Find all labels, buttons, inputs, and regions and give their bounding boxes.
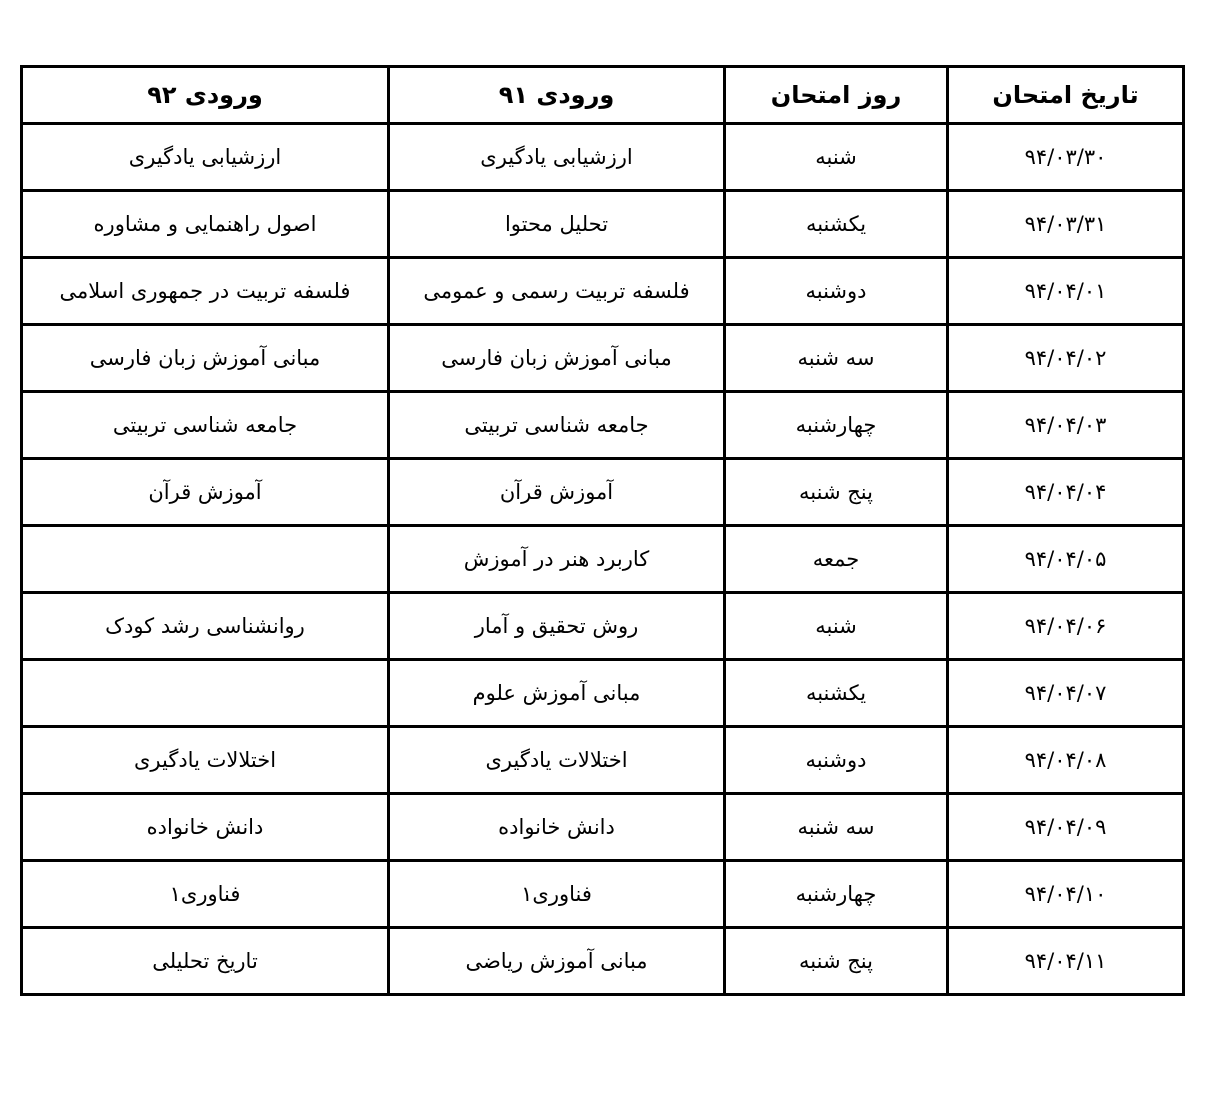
table-row: ۹۴/۰۴/۰۱ دوشنبه فلسفه تربیت رسمی و عمومی…	[22, 258, 1184, 325]
cell-entry-91: مبانی آموزش ریاضی	[389, 928, 725, 995]
cell-date: ۹۴/۰۴/۰۶	[948, 593, 1184, 660]
header-exam-day: روز امتحان	[725, 67, 948, 124]
cell-date: ۹۴/۰۴/۰۷	[948, 660, 1184, 727]
cell-entry-92: جامعه شناسی تربیتی	[22, 392, 389, 459]
table-row: ۹۴/۰۴/۰۵ جمعه کاربرد هنر در آموزش	[22, 526, 1184, 593]
cell-date: ۹۴/۰۴/۰۲	[948, 325, 1184, 392]
cell-date: ۹۴/۰۴/۰۳	[948, 392, 1184, 459]
cell-entry-92: اختلالات یادگیری	[22, 727, 389, 794]
cell-day: دوشنبه	[725, 727, 948, 794]
cell-day: چهارشنبه	[725, 861, 948, 928]
cell-date: ۹۴/۰۴/۰۴	[948, 459, 1184, 526]
cell-day: جمعه	[725, 526, 948, 593]
cell-entry-91: روش تحقیق و آمار	[389, 593, 725, 660]
cell-date: ۹۴/۰۴/۱۰	[948, 861, 1184, 928]
cell-entry-91: مبانی آموزش زبان فارسی	[389, 325, 725, 392]
cell-date: ۹۴/۰۴/۰۵	[948, 526, 1184, 593]
cell-entry-91: فلسفه تربیت رسمی و عمومی	[389, 258, 725, 325]
cell-entry-92	[22, 526, 389, 593]
header-entry-91: ورودی ۹۱	[389, 67, 725, 124]
table-row: ۹۴/۰۳/۳۱ یکشنبه تحلیل محتوا اصول راهنمای…	[22, 191, 1184, 258]
cell-day: سه شنبه	[725, 325, 948, 392]
table-row: ۹۴/۰۴/۰۳ چهارشنبه جامعه شناسی تربیتی جام…	[22, 392, 1184, 459]
cell-entry-92: روانشناسی رشد کودک	[22, 593, 389, 660]
table-row: ۹۴/۰۴/۱۱ پنج شنبه مبانی آموزش ریاضی تاری…	[22, 928, 1184, 995]
header-row: تاریخ امتحان روز امتحان ورودی ۹۱ ورودی ۹…	[22, 67, 1184, 124]
table-row: ۹۴/۰۴/۱۰ چهارشنبه فناوری۱ فناوری۱	[22, 861, 1184, 928]
cell-day: شنبه	[725, 124, 948, 191]
cell-entry-92: آموزش قرآن	[22, 459, 389, 526]
table-row: ۹۴/۰۴/۰۸ دوشنبه اختلالات یادگیری اختلالا…	[22, 727, 1184, 794]
cell-entry-91: جامعه شناسی تربیتی	[389, 392, 725, 459]
header-exam-date: تاریخ امتحان	[948, 67, 1184, 124]
cell-entry-91: مبانی آموزش علوم	[389, 660, 725, 727]
cell-date: ۹۴/۰۴/۰۸	[948, 727, 1184, 794]
table-row: ۹۴/۰۴/۰۲ سه شنبه مبانی آموزش زبان فارسی …	[22, 325, 1184, 392]
cell-date: ۹۴/۰۳/۳۱	[948, 191, 1184, 258]
cell-day: سه شنبه	[725, 794, 948, 861]
cell-entry-92: فناوری۱	[22, 861, 389, 928]
exam-schedule-table: تاریخ امتحان روز امتحان ورودی ۹۱ ورودی ۹…	[20, 65, 1185, 996]
table-row: ۹۴/۰۴/۰۷ یکشنبه مبانی آموزش علوم	[22, 660, 1184, 727]
cell-date: ۹۴/۰۴/۰۱	[948, 258, 1184, 325]
cell-entry-92: اصول راهنمایی و مشاوره	[22, 191, 389, 258]
cell-entry-91: فناوری۱	[389, 861, 725, 928]
cell-entry-92: فلسفه تربیت در جمهوری اسلامی	[22, 258, 389, 325]
cell-date: ۹۴/۰۴/۰۹	[948, 794, 1184, 861]
cell-day: دوشنبه	[725, 258, 948, 325]
table-row: ۹۴/۰۴/۰۶ شنبه روش تحقیق و آمار روانشناسی…	[22, 593, 1184, 660]
cell-day: شنبه	[725, 593, 948, 660]
cell-entry-92: مبانی آموزش زبان فارسی	[22, 325, 389, 392]
table-row: ۹۴/۰۳/۳۰ شنبه ارزشیابی یادگیری ارزشیابی …	[22, 124, 1184, 191]
cell-entry-91: دانش خانواده	[389, 794, 725, 861]
cell-date: ۹۴/۰۴/۱۱	[948, 928, 1184, 995]
header-entry-92: ورودی ۹۲	[22, 67, 389, 124]
cell-entry-91: کاربرد هنر در آموزش	[389, 526, 725, 593]
table-body: ۹۴/۰۳/۳۰ شنبه ارزشیابی یادگیری ارزشیابی …	[22, 124, 1184, 995]
table-row: ۹۴/۰۴/۰۴ پنج شنبه آموزش قرآن آموزش قرآن	[22, 459, 1184, 526]
cell-entry-92: ارزشیابی یادگیری	[22, 124, 389, 191]
cell-day: پنج شنبه	[725, 928, 948, 995]
cell-entry-91: ارزشیابی یادگیری	[389, 124, 725, 191]
cell-day: یکشنبه	[725, 191, 948, 258]
exam-schedule-document: تاریخ امتحان روز امتحان ورودی ۹۱ ورودی ۹…	[20, 65, 1182, 996]
cell-entry-91: تحلیل محتوا	[389, 191, 725, 258]
cell-entry-92	[22, 660, 389, 727]
cell-entry-91: اختلالات یادگیری	[389, 727, 725, 794]
cell-date: ۹۴/۰۳/۳۰	[948, 124, 1184, 191]
cell-day: یکشنبه	[725, 660, 948, 727]
cell-day: چهارشنبه	[725, 392, 948, 459]
cell-day: پنج شنبه	[725, 459, 948, 526]
table-row: ۹۴/۰۴/۰۹ سه شنبه دانش خانواده دانش خانوا…	[22, 794, 1184, 861]
cell-entry-91: آموزش قرآن	[389, 459, 725, 526]
cell-entry-92: تاریخ تحلیلی	[22, 928, 389, 995]
cell-entry-92: دانش خانواده	[22, 794, 389, 861]
